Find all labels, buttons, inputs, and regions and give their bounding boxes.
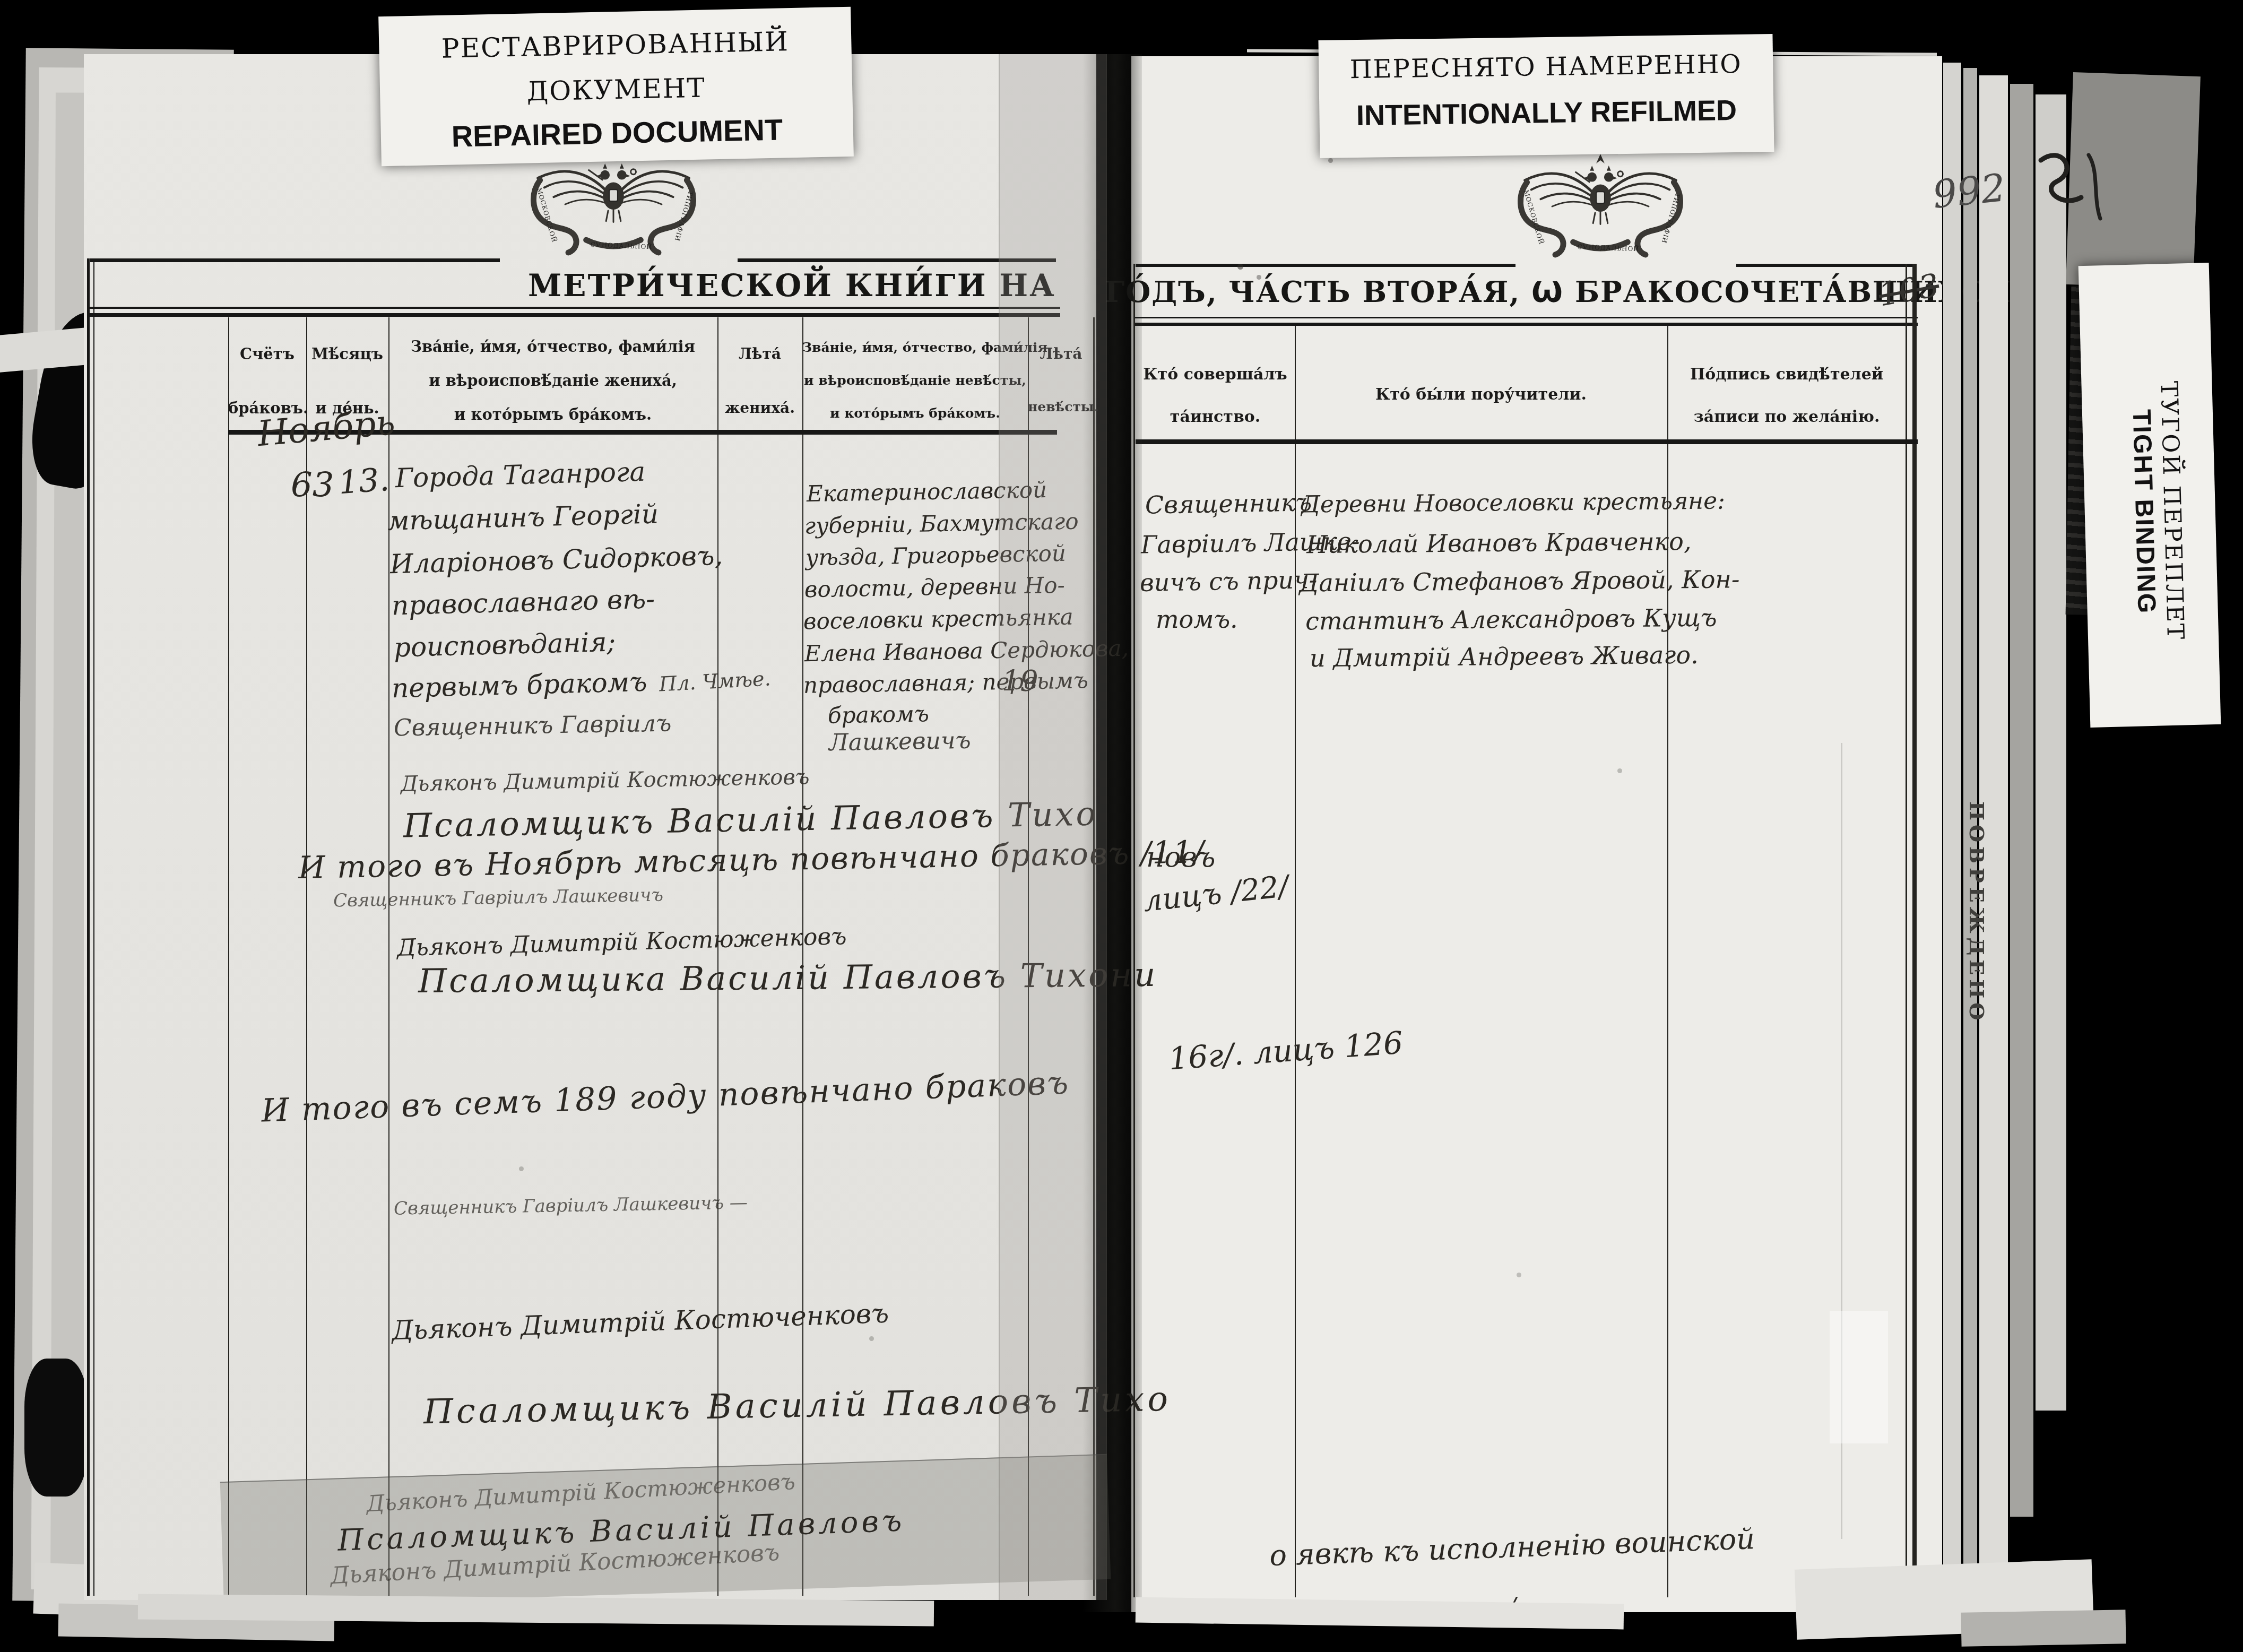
page-frame-line xyxy=(1906,264,1907,1597)
double-rule xyxy=(89,307,1060,309)
witness-line: стантинъ Александровъ Кущъ xyxy=(1305,603,1717,636)
entry-day: 13. xyxy=(337,461,391,501)
priest-signature: Священникъ Гавріилъ xyxy=(394,710,672,741)
refilmed-label-en: INTENTIONALLY REFILMED xyxy=(1319,93,1774,133)
col-header: и вѣроисповѣ́даніе невѣ́сты, xyxy=(802,373,1028,388)
witness-line: Даніилъ Стефановъ Яровой, Кон- xyxy=(1299,565,1740,597)
double-rule xyxy=(1135,317,1918,318)
dust-specks xyxy=(0,0,3,3)
witness-line: Деревни Новоселовки крестьяне: xyxy=(1301,488,1725,518)
imperial-eagle-right xyxy=(1511,150,1690,265)
page-frame-line xyxy=(1912,264,1917,1597)
double-rule xyxy=(89,313,1060,317)
page-tab xyxy=(1830,1311,1888,1443)
col-header: Мѣ́сяцъ xyxy=(306,345,388,363)
groom-line: Города Таганрога xyxy=(395,456,645,494)
header-bottom-rule xyxy=(1136,439,1918,444)
repaired-label-en: REPAIRED DOCUMENT xyxy=(380,111,853,155)
tight-binding-label: ТУГОЙ ПЕРЕПЛЕТ TIGHT BINDING xyxy=(2079,263,2221,728)
tight-binding-text-block: ТУГОЙ ПЕРЕПЛЕТ TIGHT BINDING xyxy=(2124,309,2191,714)
column-line xyxy=(306,317,307,1596)
col-header: Счётъ xyxy=(228,345,306,363)
column-line xyxy=(1667,326,1668,1597)
sheet-edge xyxy=(1943,63,1961,1591)
page-number: 992 xyxy=(1930,165,2007,217)
gutter-shadow xyxy=(1082,54,1142,1612)
ink-scribble xyxy=(2030,139,2110,229)
col-header: Кто́ соверша́лъ xyxy=(1136,365,1295,384)
refilmed-label: ПЕРЕСНЯТО НАМЕРЕННО INTENTIONALLY REFILM… xyxy=(1318,34,1774,158)
col-header: и кото́рымъ бра́комъ. xyxy=(802,405,1028,421)
repaired-document-label: РЕСТАВРИРОВАННЫЙ ДОКУМЕНТ REPAIRED DOCUM… xyxy=(378,7,854,167)
col-header: жениха́. xyxy=(717,399,802,417)
col-header: Лѣта́ xyxy=(717,345,802,362)
psalmist-carry: новъ xyxy=(1146,842,1215,873)
col-header: за́писи по жела́нію. xyxy=(1667,408,1906,426)
rule xyxy=(90,258,500,262)
col-header: и вѣроисповѣ́даніе жениха́, xyxy=(388,371,717,390)
refilmed-label-ru: ПЕРЕСНЯТО НАМЕРЕННО xyxy=(1319,49,1773,85)
book-title-left: МЕТРИ́ЧЕСКОЙ КНИ́ГИ НА xyxy=(528,268,1056,304)
col-header: Зва́ніе, и́мя, о́тчество, фами́лія xyxy=(802,340,1028,355)
officiant-line: вичъ съ прич- xyxy=(1140,565,1318,597)
imperial-eagle-left xyxy=(524,148,703,263)
microfilm-frame: МЕТРИ́ЧЕСКОЙ КНИ́ГИ НА Счётъ бра́ковъ. М… xyxy=(0,0,2243,1652)
sheet-edge xyxy=(2036,94,2066,1411)
col-header: Кто́ бы́ли пору́чители. xyxy=(1295,385,1667,404)
repaired-label-ru-line1: РЕСТАВРИРОВАННЫЙ xyxy=(379,25,852,66)
repaired-label-ru-line2: ДОКУМЕНТ xyxy=(380,70,853,110)
officiant-line: томъ. xyxy=(1156,605,1238,634)
sheet-edge xyxy=(2010,84,2033,1517)
col-header: та́инство. xyxy=(1136,408,1295,426)
col-header: и кото́рымъ бра́комъ. xyxy=(388,405,717,423)
rule xyxy=(1136,264,1515,267)
col-header: По́дпись свидѣ́телей xyxy=(1667,365,1906,384)
damaged-stamp: ПОВРЕЖДЕНО xyxy=(1965,801,1989,1024)
double-rule xyxy=(1135,323,1918,326)
officiant-line: Священникъ xyxy=(1145,488,1312,519)
page-frame-line xyxy=(93,258,94,1596)
page-frame-line xyxy=(87,258,90,1596)
witness-line: и Дмитрій Андреевъ Живаго. xyxy=(1310,641,1699,672)
bride-line: бракомъ xyxy=(828,700,930,728)
sheet-corner xyxy=(1961,1610,2126,1646)
groom-line: роисповѣданія; xyxy=(393,627,616,663)
priest-signature: Лашкевичъ xyxy=(829,727,971,757)
col-header: Зва́ніе, и́мя, о́тчество, фами́лія xyxy=(388,338,717,356)
column-line xyxy=(228,317,229,1596)
witness-line: Николай Ивановъ Кравченко, xyxy=(1306,527,1692,559)
torn-dark-patch xyxy=(24,1359,88,1497)
entry-number: 63 xyxy=(291,466,334,505)
rule xyxy=(1736,264,1917,267)
